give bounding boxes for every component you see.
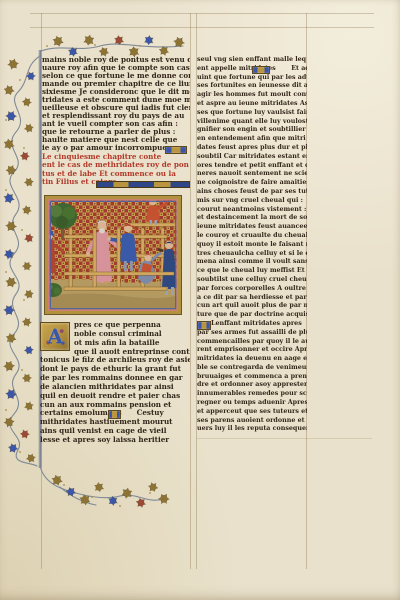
text-line: que ie retourne a parler de plus : (42, 128, 190, 136)
text-line: de alancien mithridates par ainsi (40, 383, 190, 392)
text-line: ains quil venist en cage de vieil (40, 427, 190, 436)
text-line: pres ce que perpenna (74, 321, 190, 330)
text-line: commencailles par quoy il le aude (197, 338, 307, 347)
text-line: seul vng sien enffant malle leq mle (197, 56, 307, 65)
text-line: tridates a este comment dune moe mer (42, 96, 190, 104)
text-line: par ses armes fut assailli de pluses (197, 329, 307, 338)
text-line: courut neantmoins vistement : (197, 206, 307, 215)
text-line: regner ou temps aduenir Apres (197, 399, 307, 408)
paraph-mark (108, 410, 121, 419)
text-line: ains choses feust de par ses tuteurs (197, 188, 307, 197)
line-filler (252, 66, 270, 74)
text-line: neres nauoit sentement ne scie (197, 170, 307, 179)
miniature-painting (44, 195, 182, 315)
text-line: ieune mitridates feust auancee par (197, 223, 307, 232)
text-line: ses que fortune luy vaulsist faire (197, 109, 307, 118)
text-line: rent emprisonner et occire Apres (197, 346, 307, 355)
text-line: villenime quant elle luy voulost (197, 118, 307, 127)
text-line: ueilleuse et obscure qui iadis fut cler (42, 104, 190, 112)
manuscript-page: mains noble roy de pontus est venu deuau… (0, 0, 400, 600)
text-line: selon ce que fortune le me donne com (42, 72, 190, 80)
text-line: agir les hommes fut moult contre (197, 91, 307, 100)
text-line: ble se contregarda de venimeuses (197, 364, 307, 373)
text-line: haulte matiere que nest celle que (42, 136, 190, 144)
text-line: dates feust apres plus dur et plus (197, 144, 307, 153)
text-line: et resplendissant roy du pays de au (42, 112, 190, 120)
text-line: mande ou premier chapitre de ce liure (42, 80, 190, 88)
text-line: soubtilst une celluy cruel cheual (197, 276, 307, 285)
text-line: tres cheuaulcha celluy et si le de (197, 250, 307, 259)
text-line: ant ie vueil compter son cas afin : (42, 120, 190, 128)
text-line: que il auoit entreprinse contre aris (74, 348, 190, 357)
rubric-line: Le cinquiesme chapitre conte (42, 153, 190, 161)
text-line: innumerables remedes pour scauoir (197, 390, 307, 399)
text-line: dre et ordonner asoy apprester par (197, 381, 307, 390)
text-line: ses fortunites en ieunesse dit af (197, 82, 307, 91)
text-line: et apperceut que ses tuteurs et (197, 408, 307, 417)
text-line: ture que de par doctrine acquise . (197, 311, 307, 320)
paraph-mark (197, 321, 211, 330)
text-line: mitridates ia deuenu en aage et ha (197, 355, 307, 364)
text-line: en entendement afin que mitri (197, 135, 307, 144)
text-line: soubtil Car mitridates estant en (197, 153, 307, 162)
right-column-lines: seul vng sien enffant malle leq mleent a… (197, 56, 307, 434)
text-line: ne coignoistre de faire amaities : (197, 179, 307, 188)
text-line: bruuaiges et commenca a pren (197, 373, 307, 382)
right-text-column: seul vng sien enffant malle leq mleent a… (197, 56, 307, 434)
text-line: ses parens auoient ordonne et male (197, 417, 307, 426)
text-line: uers luy il les reputa consequem (197, 425, 307, 434)
text-line: a ce dit par sa herdiesse et par au (197, 294, 307, 303)
text-line: quoy il estoit monte le faisant mal (197, 241, 307, 250)
text-line: mains noble roy de pontus est venu de (42, 56, 190, 64)
text-line: cun an aux rommains pension et (40, 401, 190, 410)
rubric-end-bar (96, 181, 190, 188)
text-line: uaure roy afin que ie compte son cas (42, 64, 190, 72)
text-line: noble consul criminal (74, 330, 190, 339)
text-line: et aspre au ieune mitridates As (197, 100, 307, 109)
text-line: cun art quil auoit plus de par na (197, 302, 307, 311)
text-line: ot mis afin la bataille (74, 339, 190, 348)
left-text-block-1: mains noble roy de pontus est venu deuau… (42, 56, 190, 152)
text-line: sixiesme Je consideronc que le dit me (42, 88, 190, 96)
text-line: quil en deuoit rendre et paier chas (40, 392, 190, 401)
illuminated-initial: A (40, 322, 70, 351)
rubric-line: ent le cas de methridates roy de pon (42, 161, 190, 169)
miniature-scene (44, 195, 182, 315)
left-text-block-2: A pres ce que perpennanoble consul crimi… (40, 321, 190, 445)
text-line: uint que fortune qui par les aduer (197, 74, 307, 83)
text-line: ce que le cheual luy meffist Et (197, 267, 307, 276)
text-line: dont le pays de ethuric la grant fut (40, 365, 190, 374)
text-line: mena ainsi comme il voult sans (197, 258, 307, 267)
text-line: et destaincement la mort de son (197, 214, 307, 223)
text-line: mis sur vng cruel cheual qui : (197, 197, 307, 206)
text-line: de par les rommains donnee en gar (40, 374, 190, 383)
text-line: tonicus le filz de archileus roy de asie (40, 356, 190, 365)
text-line: lesse et apres soy laissa heritier (40, 436, 190, 445)
line-filler (165, 146, 187, 154)
text-line: le couroy et cruaulte du cheual sur (197, 232, 307, 241)
left-block1-lines: mains noble roy de pontus est venu deuau… (42, 56, 190, 152)
text-line: gnifier son engin et soubtillier : (197, 126, 307, 135)
text-line: par forces corporelles A oultre luy (197, 285, 307, 294)
text-line: mithridates hastiuement mourut (40, 418, 190, 427)
text-line: ores tendre et petit enffant et qui (197, 162, 307, 171)
text-line: Lenffant mitridates apres (197, 320, 307, 329)
initial-letter: A (47, 324, 63, 348)
rubric-line: tus et de labe Et commence ou la (42, 170, 190, 178)
